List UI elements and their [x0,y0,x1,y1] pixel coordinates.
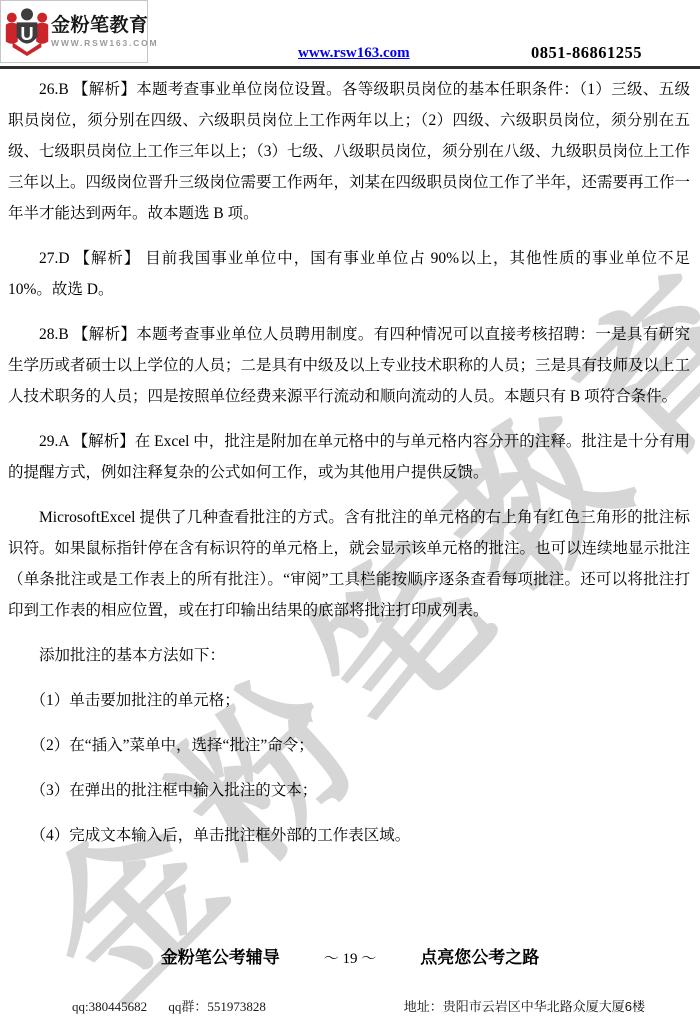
footer-address: 地址：贵阳市云岩区中华北路众厦大厦6楼 [404,996,645,1015]
comment-step-4: （4）完成文本输入后，单击批注框外部的工作表区域。 [8,820,690,851]
website-link[interactable]: www.rsw163.com [298,45,410,62]
footer-title-row: 金粉笔公考辅导 ～ 19 ～ 点亮您公考之路 [0,943,700,968]
footer-brand: 金粉笔公考辅导 [161,943,280,968]
svg-text:U: U [20,23,33,44]
excel-comment-paragraph: MicrosoftExcel 提供了几种查看批注的方式。含有批注的单元格的右上角… [8,502,690,626]
explanation-28: 28.B 【解析】本题考查事业单位人员聘用制度。有四种情况可以直接考核招聘：一是… [8,319,690,412]
logo: U 金粉笔教育 WWW.RSW163.COM [0,0,148,63]
comment-step-2: （2）在“插入”菜单中，选择“批注”命令； [8,730,690,761]
footer-info-row: qq:380445682 qq群：551973828 地址：贵阳市云岩区中华北路… [0,996,700,1015]
header-divider [0,66,700,69]
logo-title: 金粉笔教育 [51,15,158,36]
add-comment-intro: 添加批注的基本方法如下： [8,640,690,671]
logo-subtitle: WWW.RSW163.COM [51,38,158,48]
logo-icon: U [3,5,51,59]
explanation-29: 29.A 【解析】在 Excel 中，批注是附加在单元格中的与单元格内容分开的注… [8,426,690,488]
explanation-27: 27.D 【解析】 目前我国事业单位中，国有事业单位占 90%以上，其他性质的事… [8,243,690,305]
footer-qq-line: qq:380445682 qq群：551973828 [72,996,266,1015]
logo-text: 金粉笔教育 WWW.RSW163.COM [51,15,158,48]
phone-number: 0851-86861255 [531,43,642,63]
document-page: 金粉笔教育 U 金粉笔教育 WWW.RSW163.COM www.rsw163.… [0,0,700,1033]
explanation-26: 26.B 【解析】本题考查事业单位岗位设置。各等级职员岗位的基本任职条件：（1）… [8,74,690,229]
comment-step-3: （3）在弹出的批注框中输入批注的文本； [8,775,690,806]
footer-slogan: 点亮您公考之路 [420,943,539,968]
qq-group-number: qq群：551973828 [168,999,266,1014]
page-number: ～ 19 ～ [324,947,377,968]
answer-explanations: 26.B 【解析】本题考查事业单位岗位设置。各等级职员岗位的基本任职条件：（1）… [8,72,690,851]
comment-step-1: （1）单击要加批注的单元格； [8,685,690,716]
qq-number: qq:380445682 [72,999,147,1014]
